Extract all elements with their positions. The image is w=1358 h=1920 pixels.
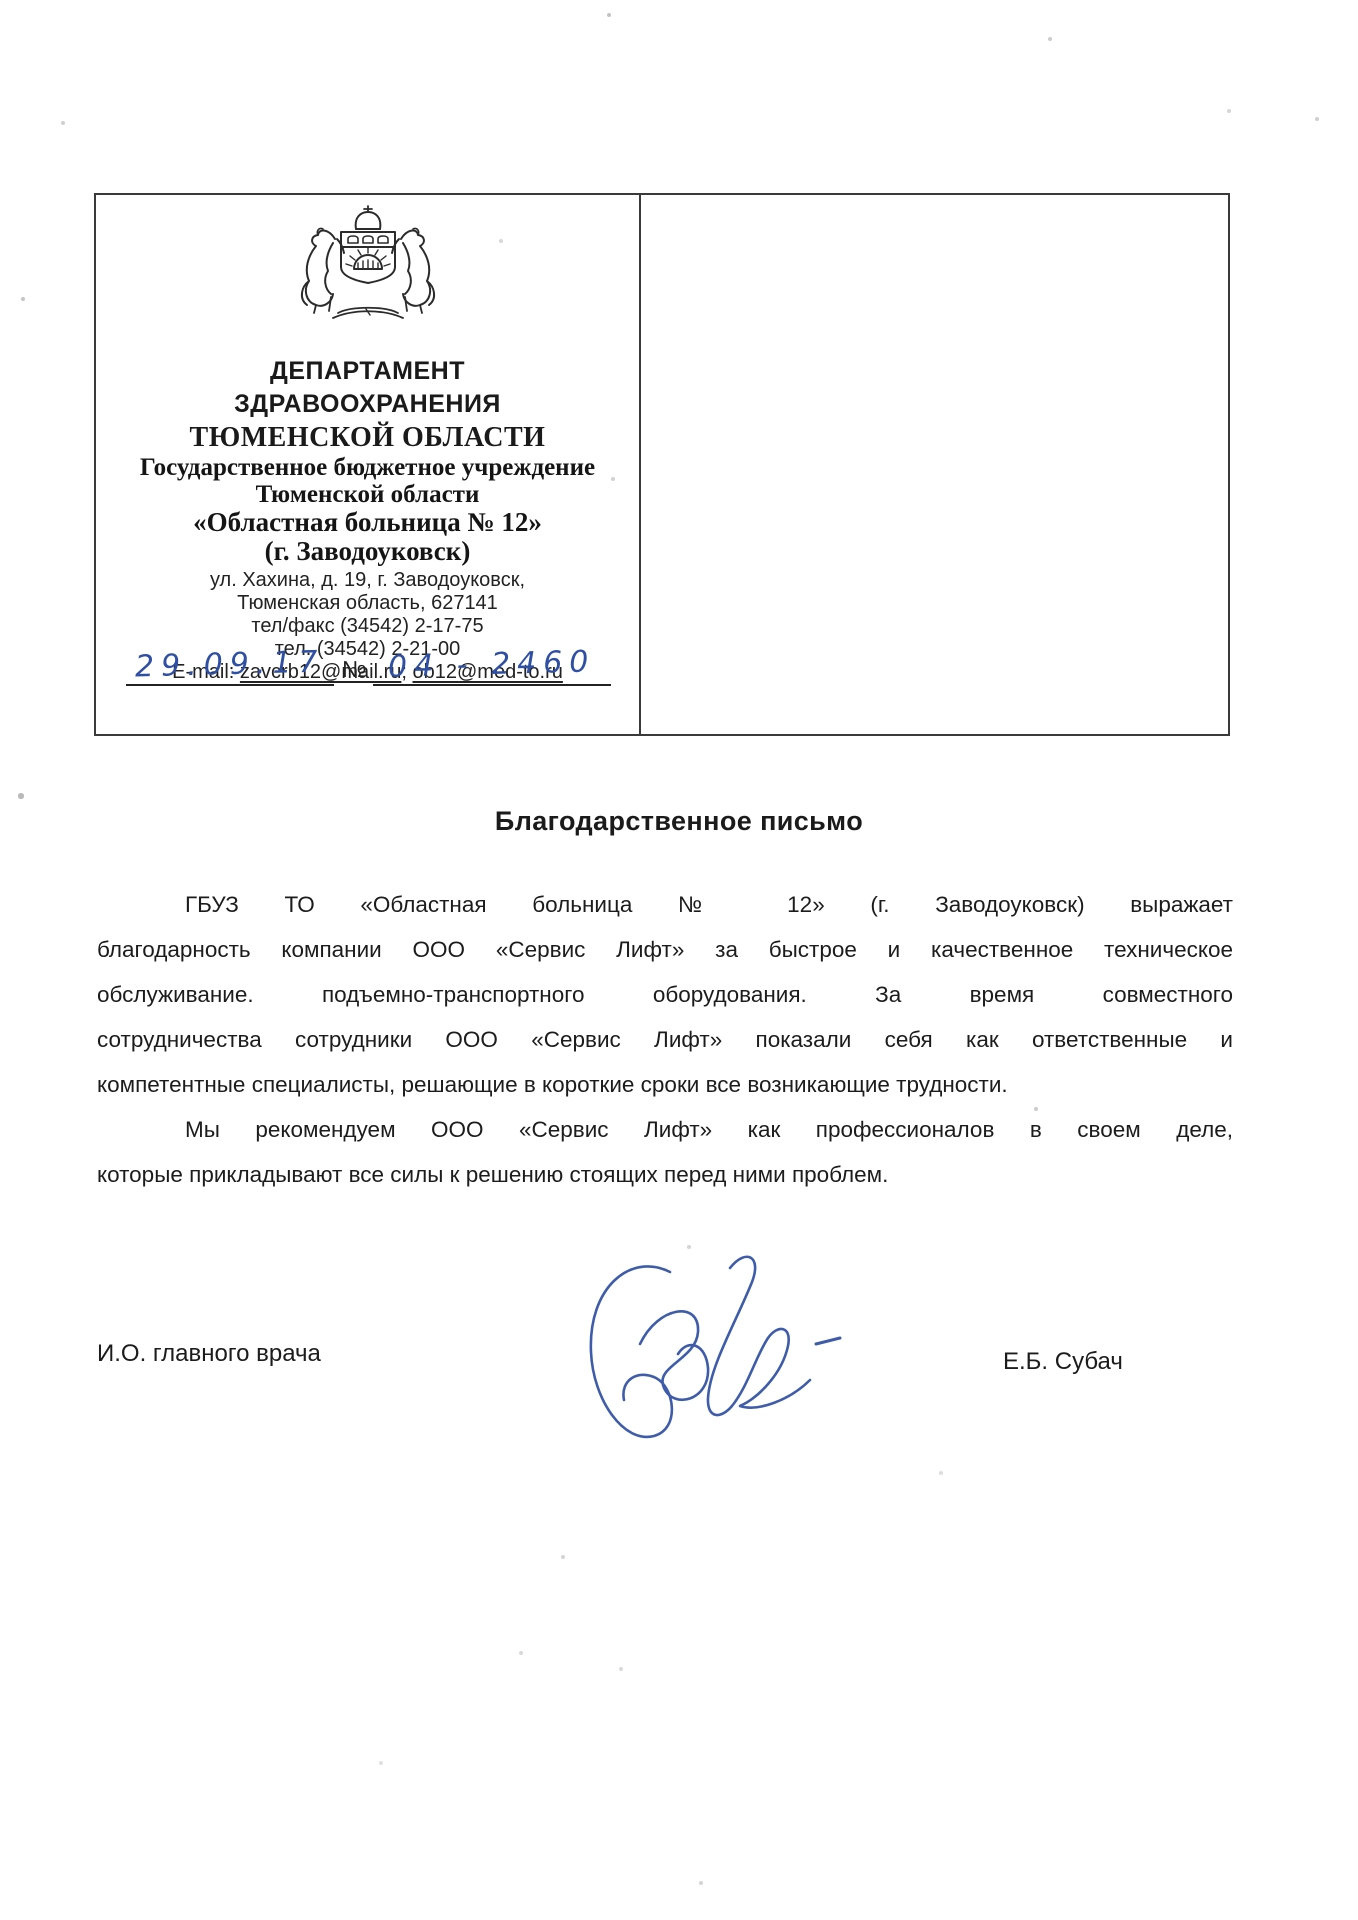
- letterhead-hospital-name: «Областная больница № 12»: [96, 508, 639, 537]
- handwritten-signature: [578, 1248, 848, 1458]
- letterhead-institution-line: Тюменской области: [96, 481, 639, 508]
- body-line: сотрудничества сотрудники ООО «Сервис Ли…: [97, 1017, 1233, 1062]
- letterhead-institution-line: Государственное бюджетное учреждение: [96, 454, 639, 481]
- signer-name: Е.Б. Субач: [1003, 1348, 1123, 1376]
- handwritten-date: 29.09.17: [135, 645, 325, 685]
- letterhead-address-street: ул. Хахина, д. 19, г. Заводоуковск,: [96, 569, 639, 592]
- letterhead-left-cell: ДЕПАРТАМЕНТ ЗДРАВООХРАНЕНИЯ ТЮМЕНСКОЙ ОБ…: [96, 195, 641, 734]
- tyumen-coat-of-arms-icon: [283, 205, 453, 325]
- body-line: которые прикладывают все силы к решению …: [97, 1152, 1233, 1197]
- reference-row: 29.09.17 № 04 - 2460: [126, 647, 616, 686]
- scanned-letter-page: ДЕПАРТАМЕНТ ЗДРАВООХРАНЕНИЯ ТЮМЕНСКОЙ ОБ…: [0, 0, 1358, 1920]
- letter-body: ГБУЗ ТО «Областная больница № 12» (г. За…: [97, 882, 1233, 1197]
- body-line: Мы рекомендуем ООО «Сервис Лифт» как про…: [97, 1107, 1233, 1152]
- document-title: Благодарственное письмо: [0, 806, 1358, 837]
- handwritten-date-field: 29.09.17: [126, 647, 334, 686]
- body-line: благодарность компании ООО «Сервис Лифт»…: [97, 927, 1233, 972]
- body-line: компетентные специалисты, решающие в кор…: [97, 1062, 1233, 1107]
- handwritten-number-field: 04 - 2460: [373, 647, 611, 686]
- letterhead-department-line: ЗДРАВООХРАНЕНИЯ: [96, 388, 639, 421]
- letterhead-box: ДЕПАРТАМЕНТ ЗДРАВООХРАНЕНИЯ ТЮМЕНСКОЙ ОБ…: [94, 193, 1230, 736]
- letterhead-city-line: (г. Заводоуковск): [96, 537, 639, 566]
- number-sign: №: [334, 654, 373, 686]
- letterhead-phone-fax: тел/факс (34542) 2-17-75: [96, 615, 639, 638]
- letterhead-department-line: ДЕПАРТАМЕНТ: [96, 355, 639, 388]
- body-line: обслуживание. подъемно-транспортного обо…: [97, 972, 1233, 1017]
- handwritten-number: 04 - 2460: [388, 644, 596, 684]
- letterhead-region-line: ТЮМЕНСКОЙ ОБЛАСТИ: [96, 421, 639, 454]
- scan-noise-specks: [0, 0, 2, 2]
- letterhead-address-region: Тюменская область, 627141: [96, 592, 639, 615]
- signer-position-title: И.О. главного врача: [97, 1340, 321, 1368]
- body-line: ГБУЗ ТО «Областная больница № 12» (г. За…: [97, 882, 1233, 927]
- letterhead-right-cell: [641, 195, 1228, 734]
